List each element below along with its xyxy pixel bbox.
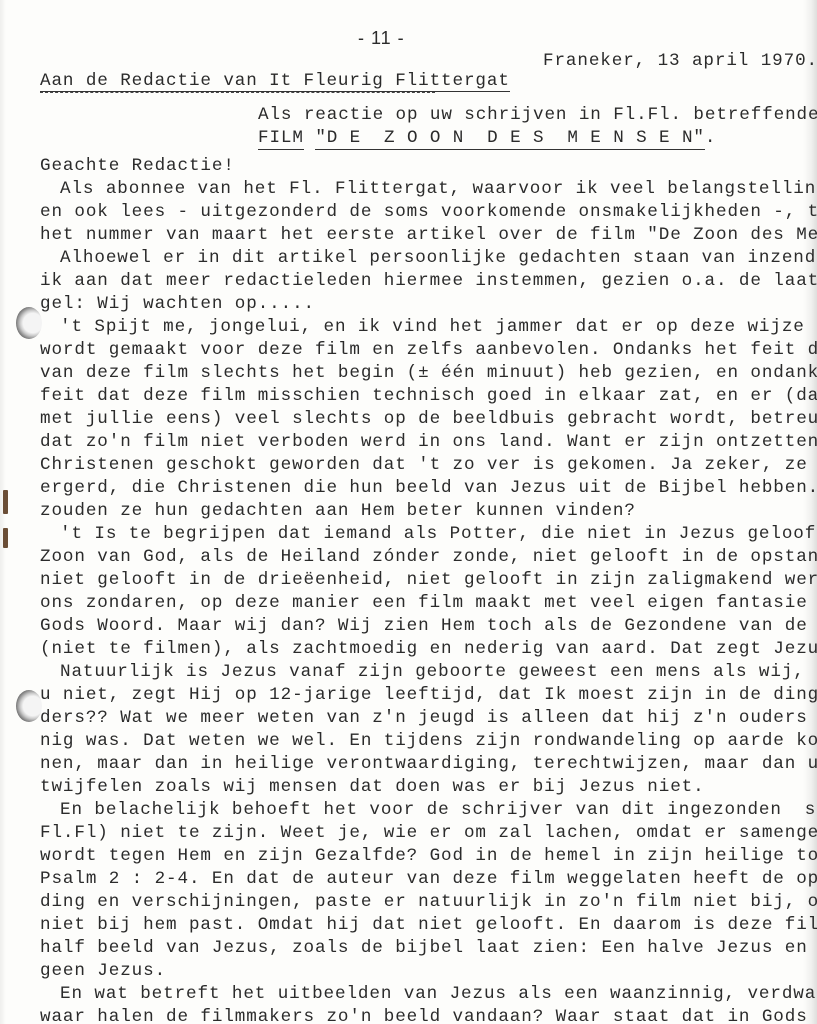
- text-line: wordt tegen Hem en zijn Gezalfde? God in…: [40, 845, 817, 868]
- subject-line-2: FILM "D E Z O O N D E S M E N S E N".: [258, 127, 716, 150]
- text-line: twijfelen zoals wij mensen dat doen was …: [40, 776, 817, 799]
- text-line: half beeld van Jezus, zoals de bijbel la…: [40, 937, 817, 960]
- text-line: Als abonnee van het Fl. Flittergat, waar…: [40, 178, 817, 201]
- text-line: en ook lees - uitgezonderd de soms voork…: [40, 201, 817, 224]
- text-line: 't Spijt me, jongelui, en ik vind het ja…: [40, 316, 817, 339]
- text-line: het nummer van maart het eerste artikel …: [40, 224, 817, 247]
- text-line: met jullie eens) veel slechts op de beel…: [40, 408, 817, 431]
- typewritten-letter-page: - 11 - Franeker, 13 april 1970. Aan de R…: [0, 0, 817, 1024]
- addressee: Aan de Redactie van It Fleurig Flitterga…: [40, 70, 510, 93]
- punch-hole-icon: [16, 690, 42, 722]
- dashed-underline: [40, 92, 435, 93]
- text-line: nen, maar dan in heilige verontwaardigin…: [40, 753, 817, 776]
- subject-film-label: FILM: [258, 128, 304, 150]
- page-number: - 11 -: [358, 27, 405, 50]
- text-line: ergerd, die Christenen die hun beeld van…: [40, 477, 817, 500]
- text-line: Psalm 2 : 2-4. En dat de auteur van deze…: [40, 868, 817, 891]
- text-line: Gods Woord. Maar wij dan? Wij zien Hem t…: [40, 615, 817, 638]
- subject-line-1: Als reactie op uw schrijven in Fl.Fl. be…: [258, 104, 817, 127]
- text-line: Christenen geschokt geworden dat 't zo v…: [40, 454, 817, 477]
- text-line: ons zondaren, op deze manier een film ma…: [40, 592, 817, 615]
- subject-film-title: "D E Z O O N D E S M E N S E N": [315, 128, 705, 150]
- text-line: dat zo'n film niet verboden werd in ons …: [40, 431, 817, 454]
- binder-mark-icon: [3, 490, 8, 514]
- text-line: Natuurlijk is Jezus vanaf zijn geboorte …: [40, 661, 817, 684]
- text-line: niet bij hem past. Omdat hij dat niet ge…: [40, 914, 817, 937]
- text-line: ders?? Wat we meer weten van z'n jeugd i…: [40, 707, 817, 730]
- place-date: Franeker, 13 april 1970.: [543, 50, 817, 73]
- text-line: nig was. Dat weten we wel. En tijdens zi…: [40, 730, 817, 753]
- text-line: niet gelooft in de drieëenheid, niet gel…: [40, 569, 817, 592]
- text-line: van deze film slechts het begin (± één m…: [40, 362, 817, 385]
- text-line: Zoon van God, als de Heiland zónder zond…: [40, 546, 817, 569]
- text-line: (niet te filmen), als zachtmoedig en ned…: [40, 638, 817, 661]
- binder-mark-icon: [3, 528, 8, 548]
- letter-body: Geachte Redactie! Als abonnee van het Fl…: [40, 155, 817, 1024]
- text-line: zouden ze hun gedachten aan Hem beter ku…: [40, 500, 817, 523]
- text-line: ik aan dat meer redactieleden hiermee in…: [40, 270, 817, 293]
- salutation: Geachte Redactie!: [40, 155, 817, 178]
- subject-period: .: [705, 128, 716, 148]
- punch-hole-icon: [16, 307, 42, 339]
- text-line: ding en verschijningen, paste er natuurl…: [40, 891, 817, 914]
- text-line: gel: Wij wachten op.....: [40, 293, 817, 316]
- text-line: Fl.Fl) niet te zijn. Weet je, wie er om …: [40, 822, 817, 845]
- addressee-text: Aan de Redactie van It Fleurig Flitterga…: [40, 71, 510, 92]
- text-line: u niet, zegt Hij op 12-jarige leeftijd, …: [40, 684, 817, 707]
- text-line: Alhoewel er in dit artikel persoonlijke …: [40, 247, 817, 270]
- text-line: waar halen de filmmakers zo'n beeld vand…: [40, 1006, 817, 1024]
- body-lines: Als abonnee van het Fl. Flittergat, waar…: [40, 178, 817, 1024]
- text-line: En belachelijk behoeft het voor de schri…: [40, 799, 817, 822]
- text-line: En wat betreft het uitbeelden van Jezus …: [40, 983, 817, 1006]
- text-line: wordt gemaakt voor deze film en zelfs aa…: [40, 339, 817, 362]
- text-line: feit dat deze film misschien technisch g…: [40, 385, 817, 408]
- text-line: 't Is te begrijpen dat iemand als Potter…: [40, 523, 817, 546]
- text-line: geen Jezus.: [40, 960, 817, 983]
